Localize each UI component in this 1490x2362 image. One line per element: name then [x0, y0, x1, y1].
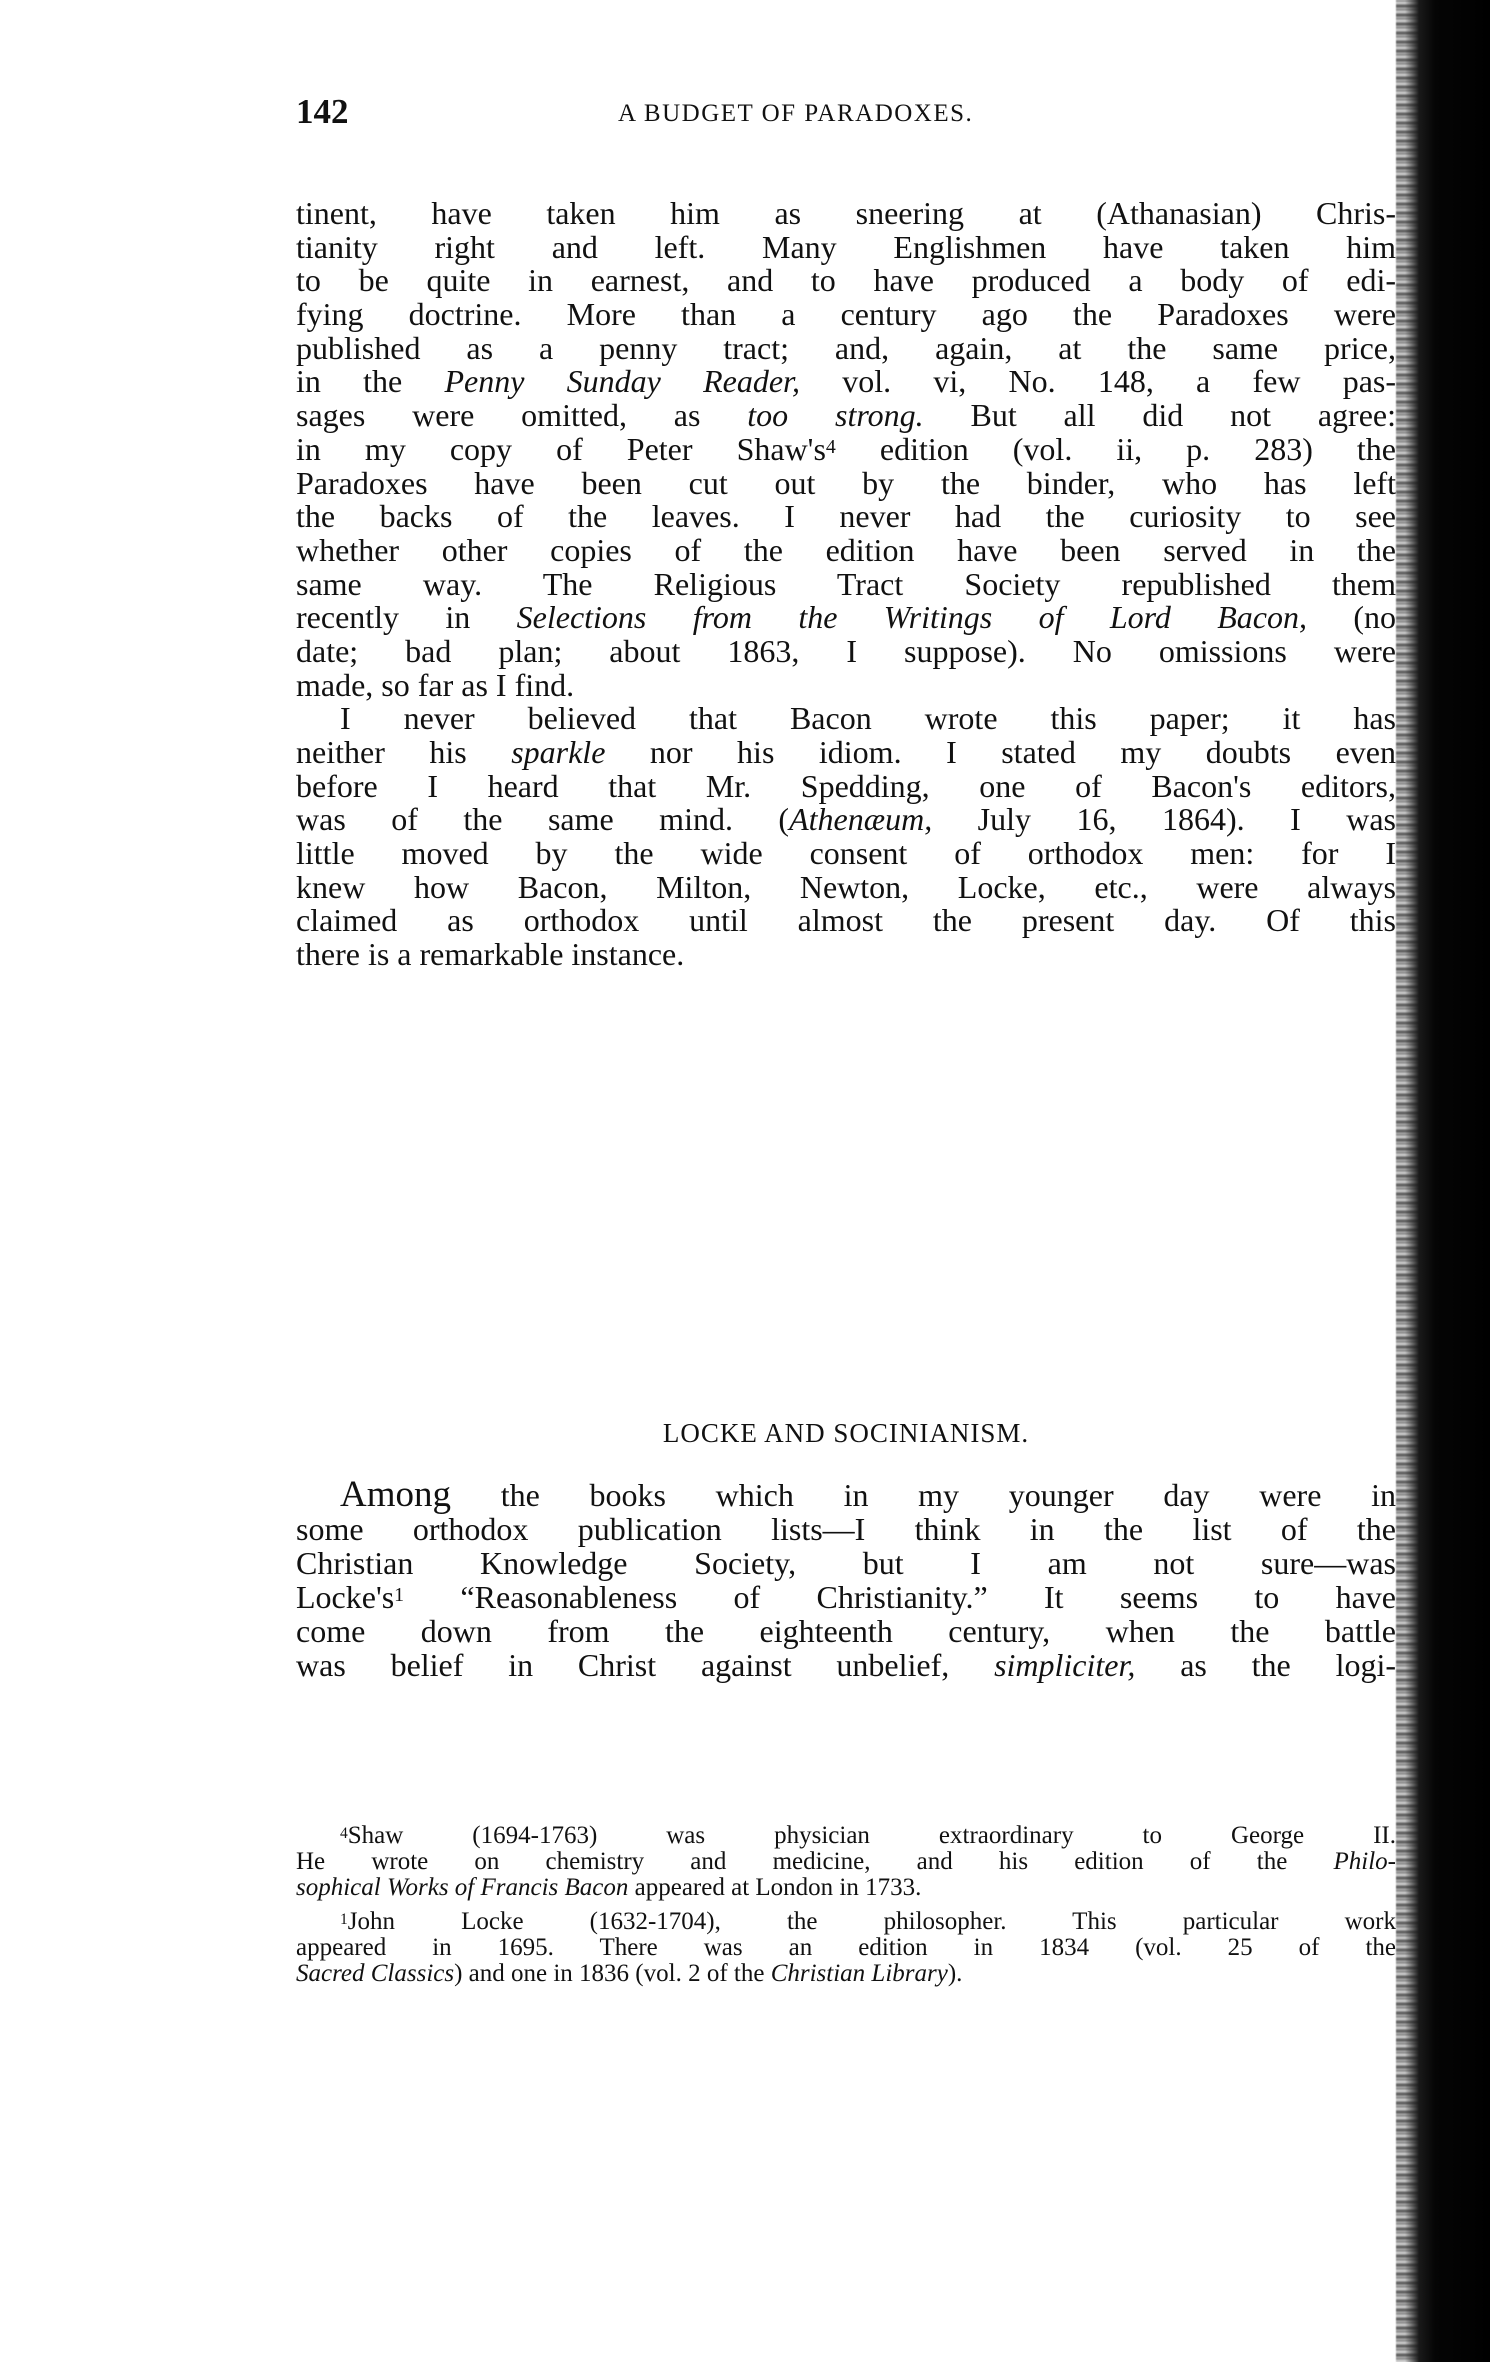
text-line: tinent, have taken him as sneering at (A… [296, 197, 1396, 231]
italic-emphasis: too strong. [747, 397, 923, 433]
text-line: claimed as orthodox until almost the pre… [296, 904, 1396, 938]
text-line: little moved by the wide consent of orth… [296, 837, 1396, 871]
book-page: 142 A BUDGET OF PARADOXES. tinent, have … [0, 0, 1490, 2362]
italic-emphasis: simpliciter, [994, 1647, 1135, 1683]
body-text: tinent, have taken him as sneering at (A… [296, 197, 1396, 972]
text-line: was of the same mind. (Athenæum, July 16… [296, 803, 1396, 837]
footnote-1: 1John Locke (1632-1704), the philosopher… [296, 1909, 1396, 1987]
footnote-ref: 4 [826, 436, 836, 458]
footnote-marker: 1 [340, 1911, 348, 1928]
text-line: date; bad plan; about 1863, I suppose). … [296, 635, 1396, 669]
italic-title: Selections from the Writings of Lord Bac… [517, 599, 1307, 635]
text-line: fying doctrine. More than a century ago … [296, 298, 1396, 332]
page-number: 142 [296, 92, 349, 132]
text-line: same way. The Religious Tract Society re… [296, 568, 1396, 602]
text-line: recently in Selections from the Writings… [296, 601, 1396, 635]
text-line: Christian Knowledge Society, but I am no… [296, 1546, 1396, 1580]
text-line: the backs of the leaves. I never had the… [296, 500, 1396, 534]
footnotes: 4Shaw (1694-1763) was physician extraord… [296, 1823, 1396, 1995]
text-line: Paradoxes have been cut out by the binde… [296, 467, 1396, 501]
text-line: to be quite in earnest, and to have prod… [296, 264, 1396, 298]
text-line: sages were omitted, as too strong. But a… [296, 399, 1396, 433]
text-line: some orthodox publication lists—I think … [296, 1512, 1396, 1546]
text-line: come down from the eighteenth century, w… [296, 1614, 1396, 1648]
text-line: in the Penny Sunday Reader, vol. vi, No.… [296, 365, 1396, 399]
footnote-ref: 1 [394, 1584, 404, 1606]
text-line: was belief in Christ against unbelief, s… [296, 1648, 1396, 1682]
paragraph-start: I never believed that Bacon wrote this p… [296, 702, 1396, 736]
text-line: knew how Bacon, Milton, Newton, Locke, e… [296, 871, 1396, 905]
text-line: neither his sparkle nor his idiom. I sta… [296, 736, 1396, 770]
italic-title: Penny Sunday Reader, [444, 363, 800, 399]
page-header: 142 A BUDGET OF PARADOXES. [296, 92, 1396, 142]
text-line: whether other copies of the edition have… [296, 534, 1396, 568]
running-title: A BUDGET OF PARADOXES. [618, 100, 973, 128]
footnote-marker: 4 [340, 1825, 348, 1842]
text-line: published as a penny tract; and, again, … [296, 332, 1396, 366]
text-line: tianity right and left. Many Englishmen … [296, 231, 1396, 265]
text-line: there is a remarkable instance. [296, 938, 1396, 972]
text-line: in my copy of Peter Shaw's4 edition (vol… [296, 433, 1396, 467]
italic-emphasis: sparkle [511, 734, 605, 770]
binding-shadow [1405, 0, 1490, 2362]
section-text: Among the books which in my younger day … [296, 1478, 1396, 1682]
text-line: made, so far as I find. [296, 669, 1396, 703]
section-heading: LOCKE AND SOCINIANISM. [296, 1418, 1396, 1449]
footnote-4: 4Shaw (1694-1763) was physician extraord… [296, 1823, 1396, 1901]
paragraph-start: Among the books which in my younger day … [296, 1478, 1396, 1512]
italic-title: Athenæum, [789, 801, 932, 837]
text-line: Locke's1 “Reasonableness of Christianity… [296, 1580, 1396, 1614]
text-line: before I heard that Mr. Spedding, one of… [296, 770, 1396, 804]
